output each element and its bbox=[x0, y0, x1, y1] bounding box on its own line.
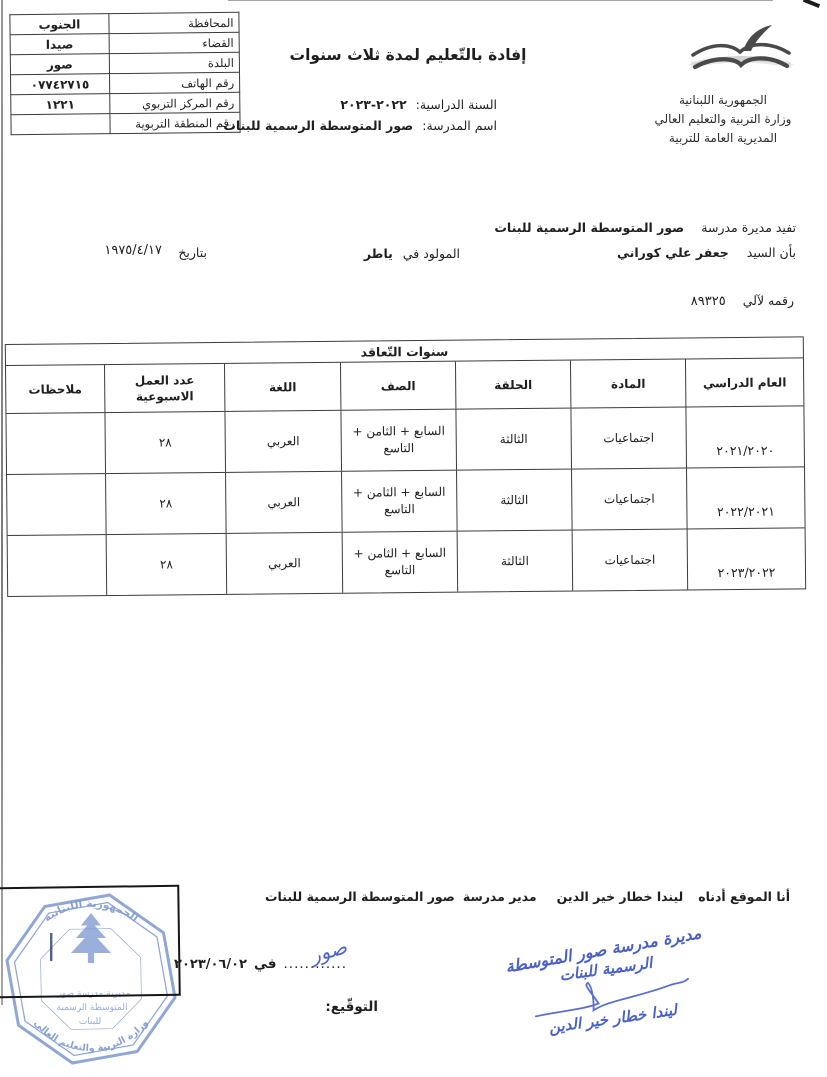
cell-notes bbox=[7, 474, 106, 535]
cell-subject: اجتماعيات bbox=[571, 468, 687, 529]
stamp-center-line: للبنات bbox=[79, 1017, 101, 1027]
table-row: ٢٠٢٢/٢٠٢١ اجتماعيات الثالثة السابع + الث… bbox=[7, 467, 805, 536]
principal-name: ليندا خطار خير الدين bbox=[557, 889, 684, 904]
title-subsection: السنة الدراسية: ٢٠٢٢-٢٠٢٣ اسم المدرسة: ص… bbox=[223, 94, 497, 136]
col-header-language: اللغة bbox=[224, 363, 340, 411]
cell-year: ٢٠٢١/٢٠٢٠ bbox=[685, 406, 804, 467]
contract-years-table: سنوات التّعاقد العام الدراسي المادة الحل… bbox=[5, 336, 806, 597]
col-header-weekly-hours: عدد العمل الاسبوعية bbox=[104, 364, 224, 412]
info-label: رقم الهاتف bbox=[109, 72, 239, 93]
scan-top-line bbox=[228, 0, 773, 1]
school-year-label: السنة الدراسية: bbox=[416, 94, 497, 115]
info-label: البلدة bbox=[109, 52, 239, 73]
school-name-value: صور المتوسطة الرسمية للبنات bbox=[223, 115, 413, 136]
info-label: رقم المنطقة التربوية bbox=[110, 112, 240, 133]
school-name-line: اسم المدرسة: صور المتوسطة الرسمية للبنات bbox=[223, 115, 497, 136]
cell-subject: اجتماعيات bbox=[572, 529, 688, 590]
col-header-grade: الصف bbox=[340, 362, 455, 410]
page-title: إفادة بالتّعليم لمدة ثلاث سنوات bbox=[288, 46, 528, 64]
info-value: الجنوب bbox=[10, 14, 109, 35]
declaration-prefix: أنا الموقع أدناه bbox=[698, 889, 790, 904]
school-year-value: ٢٠٢٢-٢٠٢٣ bbox=[340, 94, 406, 115]
cell-language: العربي bbox=[224, 411, 341, 472]
info-value bbox=[11, 114, 110, 135]
date-word: بتاريخ bbox=[178, 245, 207, 260]
cell-language: العربي bbox=[226, 533, 343, 594]
birth-place: ياطر bbox=[364, 246, 393, 261]
cell-grade: السابع + الثامن + التاسع bbox=[342, 532, 458, 593]
cell-grade: السابع + الثامن + التاسع bbox=[341, 471, 457, 532]
table-row: ٢٠٢١/٢٠٢٠ اجتماعيات الثالثة السابع + الث… bbox=[6, 406, 804, 475]
issue-date: ٢٠٢٣/٠٦/٠٢ bbox=[174, 957, 247, 972]
cell-grade: السابع + الثامن + التاسع bbox=[340, 410, 456, 471]
col-header-cycle: الحلقة bbox=[455, 361, 570, 409]
info-value: ١٢٢١ bbox=[11, 94, 110, 115]
certify-prefix: تفيد مديرة مدرسة bbox=[701, 220, 796, 235]
in-word: في bbox=[254, 956, 277, 972]
born-in-line: المولود في ياطر bbox=[364, 246, 460, 261]
table-row: ٢٠٢٣/٢٠٢٢ اجتماعيات الثالثة السابع + الث… bbox=[8, 528, 806, 596]
scan-corner-mark bbox=[803, 0, 820, 8]
auto-number-line: رقمه لآلي ٨٩٣٢٥ bbox=[691, 293, 794, 309]
declaration-school: صور المتوسطة الرسمية للبنات bbox=[265, 889, 455, 904]
cell-cycle: الثالثة bbox=[455, 409, 571, 470]
statement-line-1: تفيد مديرة مدرسة صور المتوسطة الرسمية لل… bbox=[494, 220, 796, 235]
cell-weekly-hours: ٢٨ bbox=[105, 473, 226, 534]
place-date-line: ............ صور في ٢٠٢٣/٠٦/٠٢ bbox=[174, 956, 347, 972]
scanned-certificate-page: المحافظة الجنوب القضاء صيدا البلدة صور ر… bbox=[0, 0, 827, 1077]
table-row: المحافظة الجنوب bbox=[10, 12, 239, 34]
teacher-name: جعفر علي كوراني bbox=[617, 245, 729, 260]
ministry-line-directorate: المديرية العامة للتربية bbox=[635, 129, 811, 148]
col-header-year: العام الدراسي bbox=[685, 358, 803, 406]
cell-subject: اجتماعيات bbox=[570, 407, 686, 468]
school-year-line: السنة الدراسية: ٢٠٢٢-٢٠٢٣ bbox=[223, 94, 497, 115]
table-header-row: العام الدراسي المادة الحلقة الصف اللغة ع… bbox=[6, 358, 803, 414]
that-mr-label: بأن السيد bbox=[747, 245, 796, 260]
col-header-notes: ملاحظات bbox=[6, 365, 104, 413]
cell-year: ٢٠٢٢/٢٠٢١ bbox=[686, 467, 805, 528]
statement-school-name: صور المتوسطة الرسمية للبنات bbox=[494, 220, 684, 235]
table-row: القضاء صيدا bbox=[10, 32, 239, 54]
cell-cycle: الثالثة bbox=[456, 470, 572, 531]
cell-cycle: الثالثة bbox=[457, 531, 573, 592]
info-value: ٠٧٧٤٢٧١٥ bbox=[11, 74, 110, 95]
signature-label: التوقّيع: bbox=[325, 999, 378, 1015]
table-row: البلدة صور bbox=[10, 52, 239, 74]
table-row: رقم الهاتف ٠٧٧٤٢٧١٥ bbox=[11, 72, 240, 94]
cell-weekly-hours: ٢٨ bbox=[104, 412, 225, 473]
table-row: رقم المركز التربوي ١٢٢١ bbox=[11, 92, 240, 114]
scan-edge-line bbox=[1, 0, 3, 1005]
ministry-line-republic: الجمهورية اللبنانية bbox=[635, 91, 811, 110]
signature-box-outline bbox=[0, 885, 181, 999]
auto-number-value: ٨٩٣٢٥ bbox=[691, 294, 726, 309]
info-label: المحافظة bbox=[109, 12, 239, 33]
ministry-line-ministry: وزارة التربية والتعليم العالي bbox=[635, 110, 811, 129]
col-header-subject: المادة bbox=[570, 359, 685, 407]
born-in-label: المولود في bbox=[403, 246, 460, 261]
cell-language: العربي bbox=[225, 472, 342, 533]
cell-notes bbox=[8, 535, 107, 596]
cell-notes bbox=[6, 413, 105, 474]
birth-date: ١٩٧٥/٤/١٧ bbox=[104, 243, 162, 258]
school-name-label: اسم المدرسة: bbox=[422, 115, 497, 136]
auto-number-label: رقمه لآلي bbox=[743, 293, 794, 308]
region-info-table: المحافظة الجنوب القضاء صيدا البلدة صور ر… bbox=[9, 12, 240, 135]
stamp-center-line: المتوسطة الرسمية bbox=[57, 1003, 128, 1013]
ministry-header: الجمهورية اللبنانية وزارة التربية والتعل… bbox=[635, 24, 811, 148]
place-dotted-field: ............ صور bbox=[284, 956, 348, 972]
info-label: رقم المركز التربوي bbox=[110, 92, 240, 113]
statement-line-2: بأن السيد جعفر علي كوراني bbox=[617, 245, 796, 260]
cell-year: ٢٠٢٣/٢٠٢٢ bbox=[687, 528, 806, 589]
info-value: صيدا bbox=[10, 34, 109, 55]
handwritten-note: مديرة مدرسة صور المتوسطة الرسمية للبنات … bbox=[447, 919, 768, 1050]
info-value: صور bbox=[10, 54, 109, 75]
cell-weekly-hours: ٢٨ bbox=[106, 534, 227, 595]
declaration-line: أنا الموقع أدناه ليندا خطار خير الدين مد… bbox=[265, 889, 790, 904]
info-label: القضاء bbox=[109, 32, 239, 53]
table-row: رقم المنطقة التربوية bbox=[11, 112, 240, 134]
principal-role: مدير مدرسة bbox=[463, 889, 537, 904]
open-book-logo-icon bbox=[685, 24, 797, 86]
